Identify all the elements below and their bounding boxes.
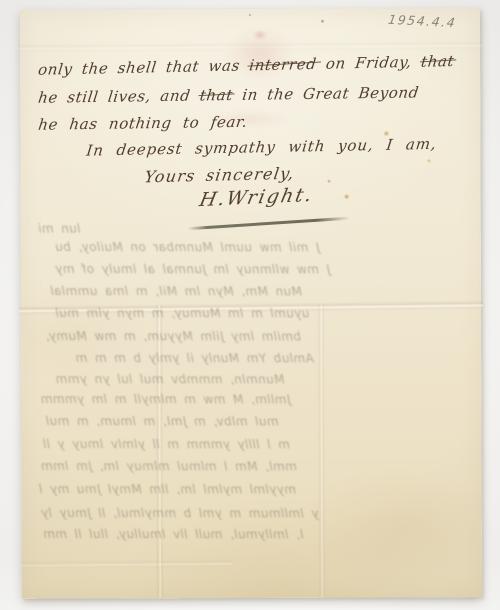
- showthrough-text-line: uyuml m lm Mumuy, m myn ylm mul: [55, 307, 309, 319]
- letter-photograph: 1954.4.4 only the shell that was interre…: [0, 0, 500, 610]
- handwriting-segment-crossbarred: interred: [248, 55, 317, 74]
- fold-crease-top: [18, 40, 482, 53]
- signature-flourish-underline: [188, 217, 350, 230]
- accession-number: 1954.4.4: [387, 14, 457, 30]
- handwriting-segment: in the Great Beyond: [232, 83, 420, 104]
- fold-crease-vertical-right: [317, 305, 326, 598]
- handwriting-segment: he still lives, and: [37, 86, 201, 106]
- handwriting-line: In deepest sympathy with you, I am,: [85, 135, 437, 160]
- showthrough-text-line: mul mlbv, m Jml, m lmum, m mul: [45, 415, 278, 427]
- showthrough-text-line: Mun Mm, Myn lm Mil, m lma ummlal: [50, 285, 302, 297]
- handwriting-segment: he has nothing to fear.: [37, 113, 248, 134]
- foxing-spot: [328, 180, 331, 183]
- showthrough-text-line: bmilm lmy Jilm Myyum, m mw Mumy,: [45, 330, 301, 342]
- handwriting-segment: H.Wright.: [197, 184, 315, 211]
- handwriting-line: he still lives, and that in the Great Be…: [37, 83, 420, 106]
- handwriting-segment: on Friday,: [315, 53, 422, 73]
- handwriting-line: only the shell that was interred on Frid…: [37, 52, 455, 79]
- showthrough-text-line: Munmln, mmmbv mul lul yn ymm: [55, 373, 284, 385]
- letter-paper: 1954.4.4 only the shell that was interre…: [20, 8, 482, 599]
- foxing-spot: [345, 195, 349, 199]
- closing-line: Yours sincerely,: [143, 164, 296, 187]
- stamp-showthrough: [253, 30, 267, 40]
- foxing-spot: [249, 14, 251, 16]
- showthrough-text-line: J mil mw uuml Munmbar on Muiloy, bu: [55, 241, 320, 253]
- showthrough-text-line: mml, Mm l mlmul mlmuy lm, Jm lmm: [41, 460, 297, 472]
- showthrough-text-line: Jmllm, M mw m mlmyll m lm ymmm: [40, 393, 290, 405]
- foxing-spot: [321, 20, 324, 23]
- showthrough-text-line: J mw wllmnuy lm Junmal al lmuly of my: [55, 263, 330, 275]
- handwriting-segment-crossbarred: that: [420, 52, 455, 71]
- handwriting-segment-crossbarred: that: [199, 86, 234, 104]
- handwriting-segment: In deepest sympathy with you, I am,: [85, 135, 437, 160]
- showthrough-text-line: Amlub Ym Munly il ymly b m m m: [75, 352, 314, 364]
- showthrough-text-line: myylml mylml lm, llm Mmyl Jmu my l: [39, 483, 296, 495]
- fold-crease-lower: [22, 559, 232, 571]
- handwriting-segment: only the shell that was: [37, 56, 250, 78]
- showthrough-text-line: m l lllly ymmm m ll ylmlv lmuy y ll: [42, 438, 289, 450]
- signature: H.Wright.: [197, 184, 315, 212]
- foxing-spot: [427, 159, 430, 162]
- handwriting-segment: Yours sincerely,: [143, 164, 296, 187]
- foxing-spot: [384, 132, 388, 136]
- handwriting-line: he has nothing to fear.: [37, 113, 248, 134]
- showthrough-text-line: l, lmllymul, mull llv lmulluy, llul ll m…: [43, 528, 304, 540]
- fold-crease-vertical-left: [155, 305, 164, 598]
- showthrough-text-line: y lmllmum m yml b mmylmul, ll Jmuy ly: [41, 507, 319, 519]
- showthrough-text-line: lun mi: [38, 223, 81, 235]
